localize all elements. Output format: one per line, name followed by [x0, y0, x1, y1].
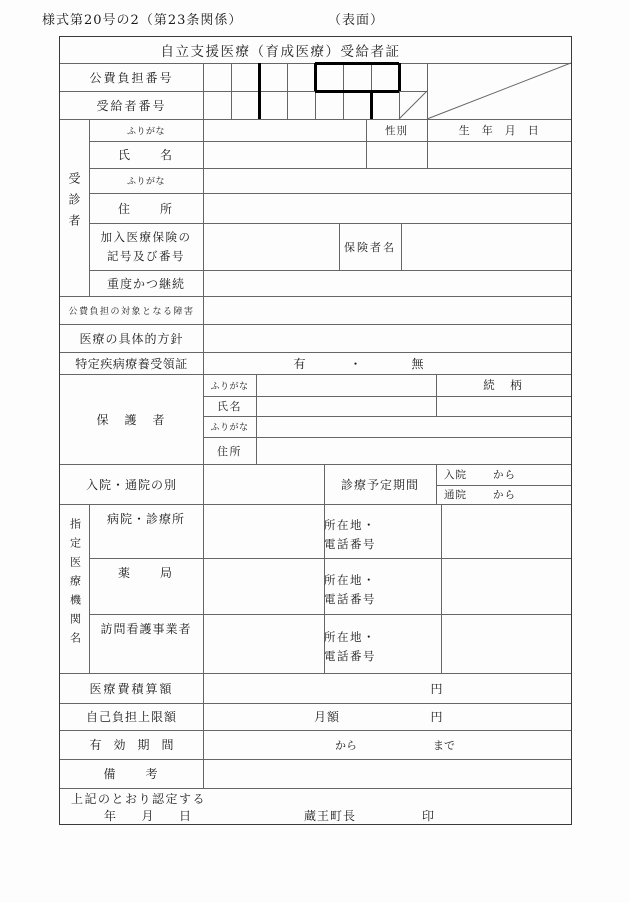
recipient-number-label: 受給者番号 [60, 91, 203, 119]
mayor-name: 蔵王町長 [304, 807, 356, 824]
guardian-address-label: 住所 [203, 437, 256, 464]
specified-disease-cert-label: 特定疾病療養受領証 [60, 352, 203, 374]
severe-continuous-label: 重度かつ継続 [89, 270, 203, 296]
grid-line [399, 91, 400, 119]
certification-block: 上記のとおり認定する 年 月 日 蔵王町長 印 [60, 788, 571, 824]
patient-address-label: 住 所 [89, 193, 203, 223]
side-label: （表面） [328, 9, 384, 28]
guardian-furigana-label: ふりがな [203, 374, 256, 396]
validity-period-label: 有 効 期 間 [60, 730, 203, 759]
cert-option-yes: 有 [288, 352, 312, 374]
insurer-name-label: 保険者名 [339, 223, 401, 270]
medical-cost-total-label: 医療費積算額 [60, 673, 203, 703]
nurse-address-label-line1: 所在地・ [324, 628, 376, 647]
visit-type-label: 入院・通院の別 [60, 464, 203, 504]
covered-disability-label: 公費負担の対象となる障害 [60, 296, 203, 324]
copay-limit-label: 自己負担上限額 [60, 703, 203, 730]
medical-policy-label: 医療の具体的方針 [60, 324, 203, 352]
nurse-address-label-line2: 電話番号 [324, 647, 376, 666]
validity-to-label: まで [430, 730, 458, 759]
monthly-amount-label: 月額 [312, 703, 342, 730]
grid-line-bold [314, 63, 317, 91]
grid-line-bold [258, 63, 261, 119]
inpatient-from-label: から [493, 467, 516, 482]
cert-option-separator: ・ [346, 352, 366, 374]
guardian-name-label: 氏名 [203, 396, 256, 416]
outpatient-from-label: から [493, 487, 516, 502]
certify-date: 年 月 日 [104, 807, 192, 824]
guardian-section-label: 保 護 者 [60, 374, 203, 464]
grid-line [203, 416, 571, 417]
certify-statement: 上記のとおり認定する [71, 790, 206, 807]
hospital-address-label-line1: 所在地・ [324, 516, 376, 535]
hospital-address-label-line2: 電話番号 [324, 535, 376, 554]
validity-from-label: から [332, 730, 360, 759]
grid-line [371, 63, 372, 91]
guardian-furigana2-label: ふりがな [203, 416, 256, 437]
visiting-nurse-label: 訪問看護事業者 [89, 614, 203, 673]
grid-line [203, 396, 571, 397]
grid-line [287, 63, 288, 119]
grid-line [315, 91, 316, 119]
medical-cost-unit: 円 [426, 673, 448, 703]
patient-furigana-label: ふりがな [89, 119, 203, 141]
patient-section-label: 受診者 [60, 119, 89, 296]
copay-limit-unit: 円 [426, 703, 448, 730]
grid-line [441, 504, 442, 673]
seal-mark: 印 [422, 807, 434, 824]
birthdate-label: 生 年 月 日 [427, 119, 571, 141]
patient-name-label: 氏 名 [89, 141, 203, 168]
remarks-label: 備 考 [60, 759, 203, 788]
institutions-section-label: 指定医療機関名 [60, 504, 89, 673]
relationship-label: 続 柄 [436, 374, 571, 396]
insurance-label-line2: 記号及び番号 [107, 247, 185, 266]
planned-period-label: 診療予定期間 [324, 464, 436, 504]
grid-line-bold [398, 63, 401, 91]
grid-line [231, 63, 232, 119]
pharmacy-address-label-line2: 電話番号 [324, 590, 376, 609]
grid-line [203, 437, 571, 438]
sex-label: 性別 [366, 119, 427, 141]
form-title: 自立支援医療（育成医療）受給者証 [60, 37, 571, 63]
grid-line [427, 63, 428, 119]
jukyusha-certificate-form: 様式第20号の2（第23条関係） （表面） [0, 0, 630, 903]
pharmacy-address-label-line1: 所在地・ [324, 571, 376, 590]
hospital-clinic-label: 病院・診療所 [89, 504, 203, 558]
cert-option-no: 無 [406, 352, 430, 374]
grid-line-bold [370, 91, 373, 119]
form-number: 様式第20号の2（第23条関係） [42, 9, 242, 28]
grid-line [256, 374, 257, 464]
pharmacy-label: 薬 局 [89, 558, 203, 614]
outpatient-label: 通院 [444, 487, 467, 502]
insurance-label-line1: 加入医療保険の [101, 228, 192, 247]
inpatient-label: 入院 [444, 467, 467, 482]
public-expense-number-label: 公費負担番号 [60, 63, 203, 91]
grid-line-bold [315, 90, 399, 93]
form-table: 自立支援医療（育成医療）受給者証 公費負担番号 受給者番号 受診者 ふりがな 氏… [59, 36, 572, 825]
grid-line [401, 223, 402, 270]
patient-furigana2-label: ふりがな [89, 168, 203, 193]
